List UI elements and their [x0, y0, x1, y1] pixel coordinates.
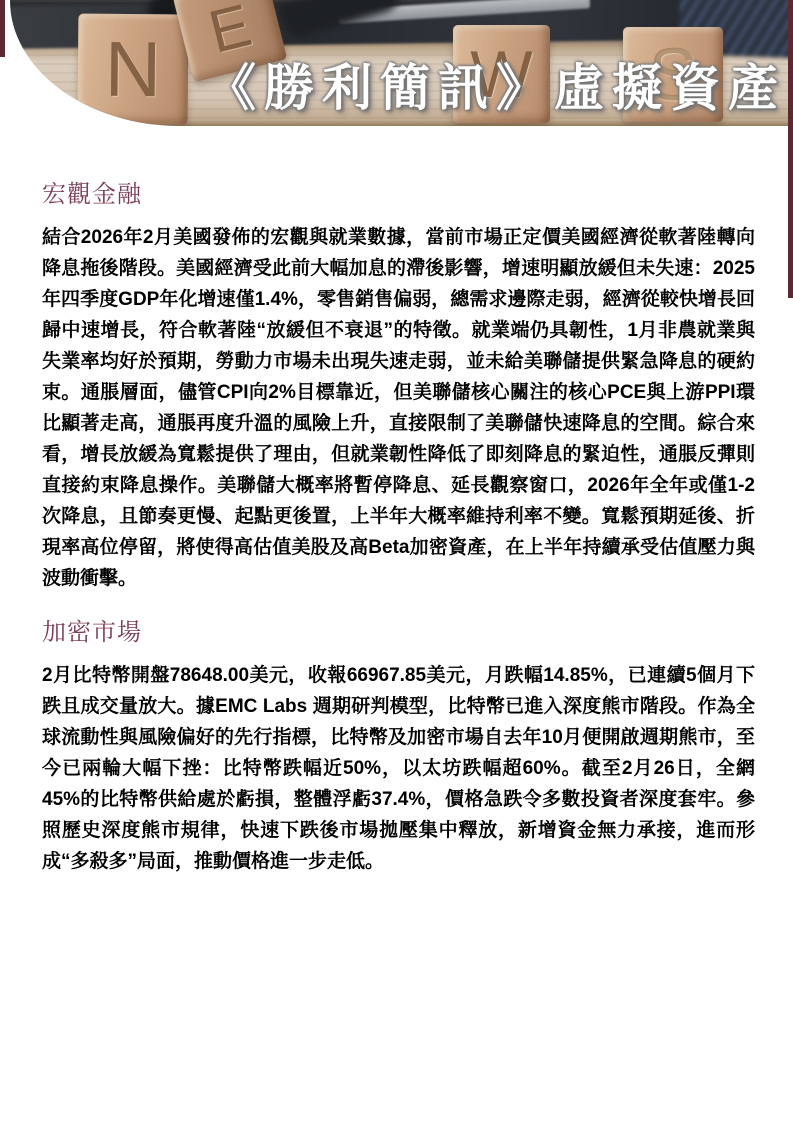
newsletter-page: N E W S 《勝利簡訊》虛擬資產 宏觀金融 結合2026年2月美國發佈的宏觀…: [0, 0, 793, 1121]
article-content: 宏觀金融 結合2026年2月美國發佈的宏觀與就業數據，當前市場正定價美國經濟從軟…: [0, 183, 793, 877]
header: N E W S 《勝利簡訊》虛擬資產: [0, 0, 793, 126]
section-crypto-market: 加密市場 2月比特幣開盤78648.00美元，收報66967.85美元，月跌幅1…: [42, 621, 755, 877]
right-accent-bar: [788, 0, 793, 298]
left-accent-bar: [0, 0, 5, 57]
section-heading: 宏觀金融: [42, 183, 755, 207]
section-paragraph: 結合2026年2月美國發佈的宏觀與就業數據，當前市場正定價美國經濟從軟著陸轉向降…: [42, 222, 755, 594]
block-letter: N: [104, 23, 161, 114]
section-macro-finance: 宏觀金融 結合2026年2月美國發佈的宏觀與就業數據，當前市場正定價美國經濟從軟…: [42, 183, 755, 594]
section-heading: 加密市場: [42, 621, 755, 645]
section-paragraph: 2月比特幣開盤78648.00美元，收報66967.85美元，月跌幅14.85%…: [42, 660, 755, 877]
newsletter-title: 《勝利簡訊》虛擬資產: [206, 48, 786, 120]
wood-block-letter-n: N: [78, 14, 189, 125]
